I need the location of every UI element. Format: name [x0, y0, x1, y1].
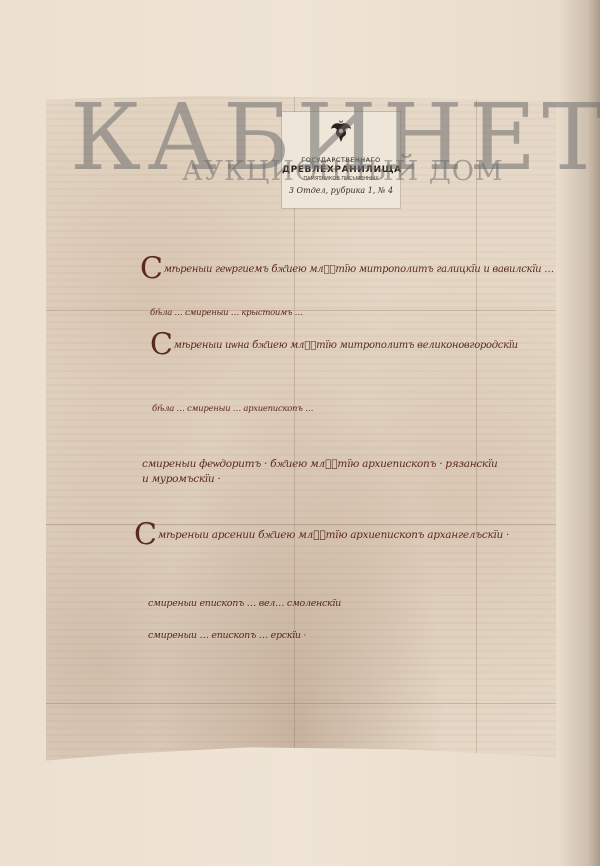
signature-line-7: смиреныи епископъ … вел… смоленскїи [148, 598, 341, 609]
archive-label: ГОСУДАРСТВЕННАГО ДРЕВЛЕХРАНИЛИЩА ПАМЯТНИ… [282, 112, 400, 208]
label-line-3: ПАМЯТНИКОВ ПИСЬМЕННЫХ [282, 176, 400, 182]
signature-line-5: смиреныи феѡдоритъ · бж҃иею млⷭ҇тїю архи… [142, 458, 497, 485]
signature-line-6: Смѣреныи арсении бж҃иею млⷭ҇тїю архиепис… [134, 520, 509, 550]
label-line-4: 3 Отдел, рубрика 1, № 4 [282, 186, 400, 195]
signature-line-8: смиреныи … епископъ … ерскїи · [148, 630, 306, 641]
double-headed-eagle-icon [328, 118, 354, 144]
fold-line [46, 703, 556, 704]
signature-line-4: бѣ̈ла … смиреныи … архиепископъ … [152, 404, 313, 414]
label-line-2: ДРЕВЛЕХРАНИЛИЩА [282, 165, 400, 175]
signature-line-2: бѣ̈ла … смиреныи … крыстоимъ … [150, 308, 303, 318]
label-line-1: ГОСУДАРСТВЕННАГО [282, 156, 400, 164]
fold-line [476, 96, 477, 764]
signature-line-1: Смѣреныи геѡргиемъ бж҃иею млⷭ҇тїю митроп… [140, 254, 554, 284]
signature-line-3: Смѣреныи иѡна бж҃иею млⷭ҇тїю митрополитъ… [150, 330, 518, 360]
